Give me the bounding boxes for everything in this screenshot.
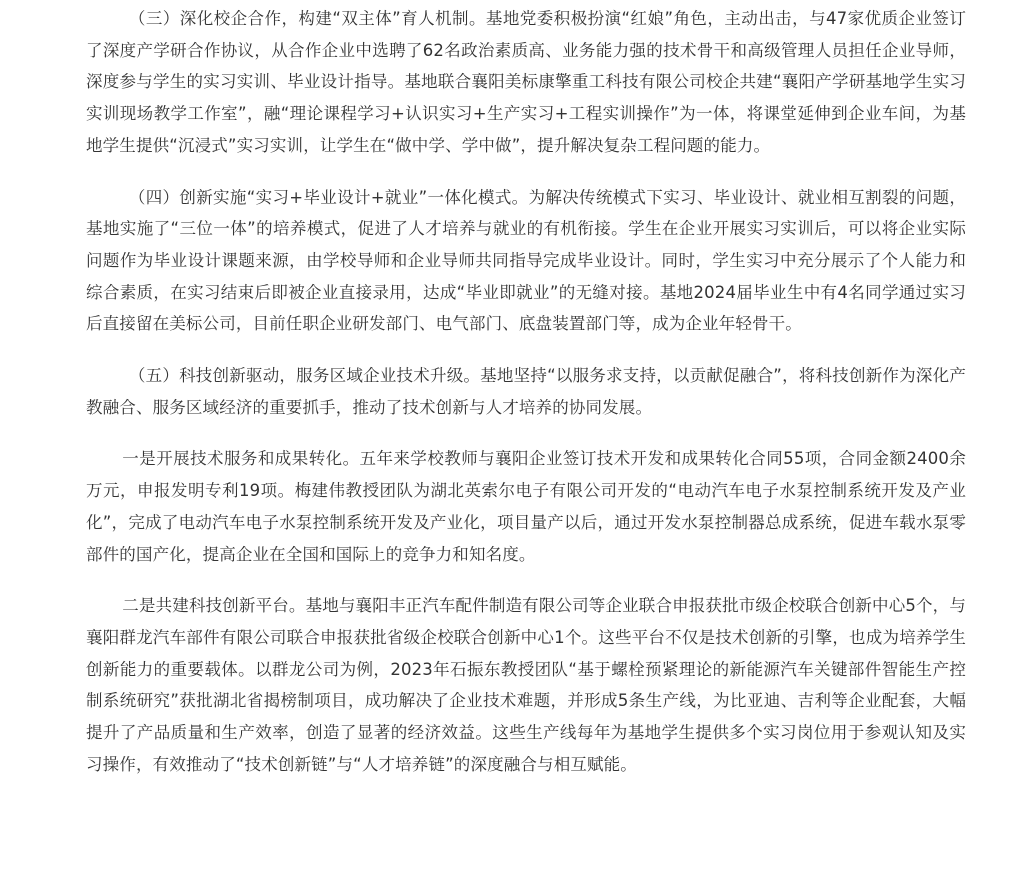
paragraph-section-4: （四）创新实施“实习+毕业设计+就业”一体化模式。为解决传统模式下实习、毕业设计…	[86, 182, 966, 341]
paragraph-section-3: （三）深化校企合作，构建“双主体”育人机制。基地党委积极扮演“红娘”角色，主动出…	[86, 3, 966, 162]
article-body: （三）深化校企合作，构建“双主体”育人机制。基地党委积极扮演“红娘”角色，主动出…	[86, 3, 966, 800]
paragraph-point-2: 二是共建科技创新平台。基地与襄阳丰正汽车配件制造有限公司等企业联合申报获批市级企…	[86, 590, 966, 780]
paragraph-point-1: 一是开展技术服务和成果转化。五年来学校教师与襄阳企业签订技术开发和成果转化合同5…	[86, 443, 966, 570]
paragraph-section-5: （五）科技创新驱动，服务区域企业技术升级。基地坚持“以服务求支持，以贡献促融合”…	[86, 360, 966, 423]
